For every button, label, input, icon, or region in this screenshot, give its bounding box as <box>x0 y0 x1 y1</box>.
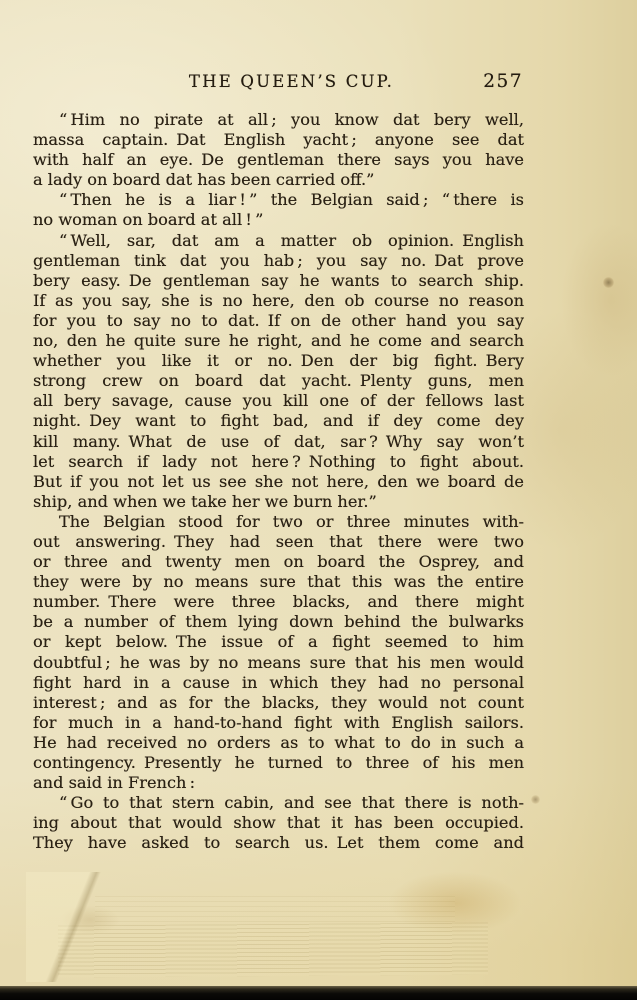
text-line: a lady on board dat has been carried off… <box>33 170 524 190</box>
text-line: be a number of them lying down behind th… <box>33 612 524 632</box>
paper-stain <box>603 277 614 288</box>
text-line: strong crew on board dat yacht. Plenty g… <box>33 371 524 391</box>
paper-stain <box>531 795 540 804</box>
text-line: gentleman tink dat you hab ; you say no.… <box>33 251 524 271</box>
text-line: doubtful ; he was by no means sure that … <box>33 653 524 673</box>
text-line: “ Go to that stern cabin, and see that t… <box>33 793 524 813</box>
book-page-paper: THE QUEEN’S CUP. 257 “ Him no pirate at … <box>0 0 637 988</box>
text-line: for you to say no to dat. If on de other… <box>33 311 524 331</box>
stacked-page-edges <box>95 896 455 924</box>
paragraph: The Belgian stood for two or three minut… <box>33 512 524 793</box>
text-line: massa captain. Dat English yacht ; anyon… <box>33 130 524 150</box>
text-line: number. There were three blacks, and the… <box>33 592 524 612</box>
scanned-book-page: THE QUEEN’S CUP. 257 “ Him no pirate at … <box>0 0 637 1000</box>
text-line: out answering. They had seen that there … <box>33 532 524 552</box>
paragraph: “ Well, sar, dat am a matter ob opinion.… <box>33 231 524 512</box>
text-line: ship, and when we take her we burn her.” <box>33 492 524 512</box>
paragraph: “ Him no pirate at all ; you know dat be… <box>33 110 524 190</box>
text-line: kill many. What de use of dat, sar ? Why… <box>33 432 524 452</box>
text-line: They have asked to search us. Let them c… <box>33 833 524 853</box>
page-number: 257 <box>483 71 523 92</box>
text-line: with half an eye. De gentleman there say… <box>33 150 524 170</box>
scan-background-strip <box>0 986 637 1000</box>
text-line: “ Well, sar, dat am a matter ob opinion.… <box>33 231 524 251</box>
text-line: ing about that would show that it has be… <box>33 813 524 833</box>
text-line: “ Him no pirate at all ; you know dat be… <box>33 110 524 130</box>
text-line: whether you like it or no. Den der big f… <box>33 351 524 371</box>
paragraph: “ Go to that stern cabin, and see that t… <box>33 793 524 853</box>
text-line: let search if lady not here ? Nothing to… <box>33 452 524 472</box>
text-line: they were by no means sure that this was… <box>33 572 524 592</box>
page-corner-fold <box>26 872 126 982</box>
running-title: THE QUEEN’S CUP. <box>46 72 537 91</box>
paragraph: “ Then he is a liar ! ” the Belgian said… <box>33 190 524 230</box>
text-line: no woman on board at all ! ” <box>33 210 524 230</box>
text-line: The Belgian stood for two or three minut… <box>33 512 524 532</box>
page-header: THE QUEEN’S CUP. 257 <box>33 72 524 96</box>
text-line: “ Then he is a liar ! ” the Belgian said… <box>33 190 524 210</box>
text-line: all bery savage, cause you kill one of d… <box>33 391 524 411</box>
text-line: But if you not let us see she not here, … <box>33 472 524 492</box>
text-line: for much in a hand-to-hand fight with En… <box>33 713 524 733</box>
text-line: If as you say, she is no here, den ob co… <box>33 291 524 311</box>
text-line: He had received no orders as to what to … <box>33 733 524 753</box>
text-line: night. Dey want to fight bad, and if dey… <box>33 411 524 431</box>
text-line: contingency. Presently he turned to thre… <box>33 753 524 773</box>
text-line: fight hard in a cause in which they had … <box>33 673 524 693</box>
text-line: interest ; and as for the blacks, they w… <box>33 693 524 713</box>
text-line: and said in French : <box>33 773 524 793</box>
page-text: “ Him no pirate at all ; you know dat be… <box>33 110 524 853</box>
text-line: or three and twenty men on board the Osp… <box>33 552 524 572</box>
text-line: or kept below. The issue of a fight seem… <box>33 632 524 652</box>
text-line: bery easy. De gentleman say he wants to … <box>33 271 524 291</box>
text-line: no, den he quite sure he right, and he c… <box>33 331 524 351</box>
